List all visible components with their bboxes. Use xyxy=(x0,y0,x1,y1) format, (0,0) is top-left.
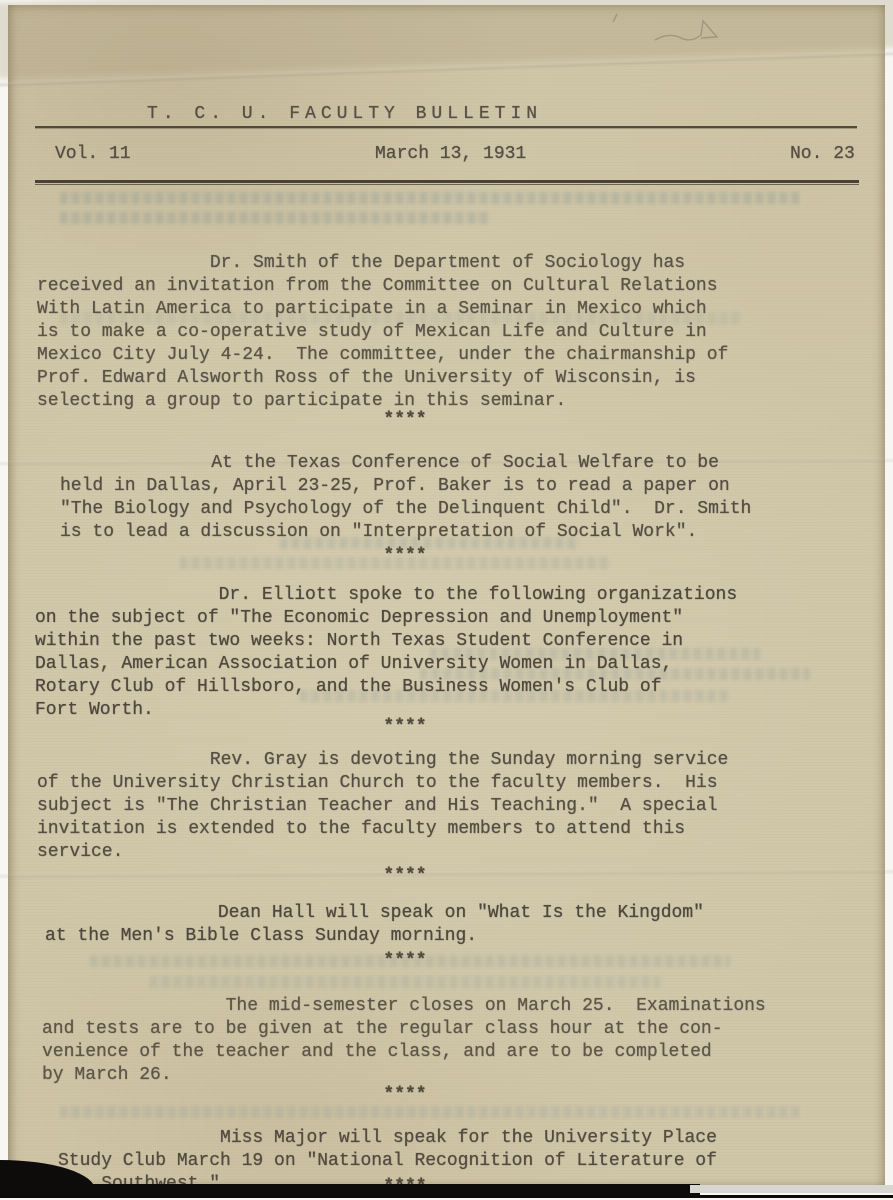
bleed-through-line xyxy=(60,212,490,224)
paragraph-gray-sunday-service: Rev. Gray is devoting the Sunday morning… xyxy=(37,749,797,864)
issue-number-label: No. 23 xyxy=(790,143,855,166)
section-separator: **** xyxy=(35,545,775,568)
volume-label: Vol. 11 xyxy=(55,143,131,166)
section-separator: **** xyxy=(35,716,775,739)
masthead-rule-bottom xyxy=(35,180,859,186)
scan-bottom-edge-light xyxy=(690,1185,893,1193)
paragraph-social-welfare-conference: At the Texas Conference of Social Welfar… xyxy=(60,452,820,544)
scanned-document: { "header": { "title": "T. C. U. FACULTY… xyxy=(0,0,893,1200)
scan-bottom-line xyxy=(0,1195,893,1198)
section-separator: **** xyxy=(35,865,775,888)
bulletin-title: T. C. U. FACULTY BULLETIN xyxy=(147,103,542,126)
paragraph-dean-hall-bible-class: Dean Hall will speak on "What Is the Kin… xyxy=(45,902,805,948)
section-separator: **** xyxy=(35,1084,775,1107)
pencil-mark xyxy=(603,10,753,55)
paragraph-mid-semester-exams: The mid-semester closes on March 25. Exa… xyxy=(42,995,802,1087)
bleed-through-line xyxy=(150,976,660,988)
masthead-rule-top xyxy=(35,126,857,130)
bulletin-page: T. C. U. FACULTY BULLETIN Vol. 11 March … xyxy=(8,5,885,1186)
bleed-through-line xyxy=(60,1106,800,1118)
paragraph-smith-mexico-seminar: Dr. Smith of the Department of Sociology… xyxy=(37,252,797,413)
bleed-through-line xyxy=(60,192,800,204)
section-separator: **** xyxy=(35,950,775,973)
date-label: March 13, 1931 xyxy=(375,143,526,166)
scan-bottom-edge xyxy=(0,1184,700,1195)
section-separator: **** xyxy=(35,409,775,432)
paragraph-elliott-speeches: Dr. Elliott spoke to the following organ… xyxy=(35,584,795,722)
